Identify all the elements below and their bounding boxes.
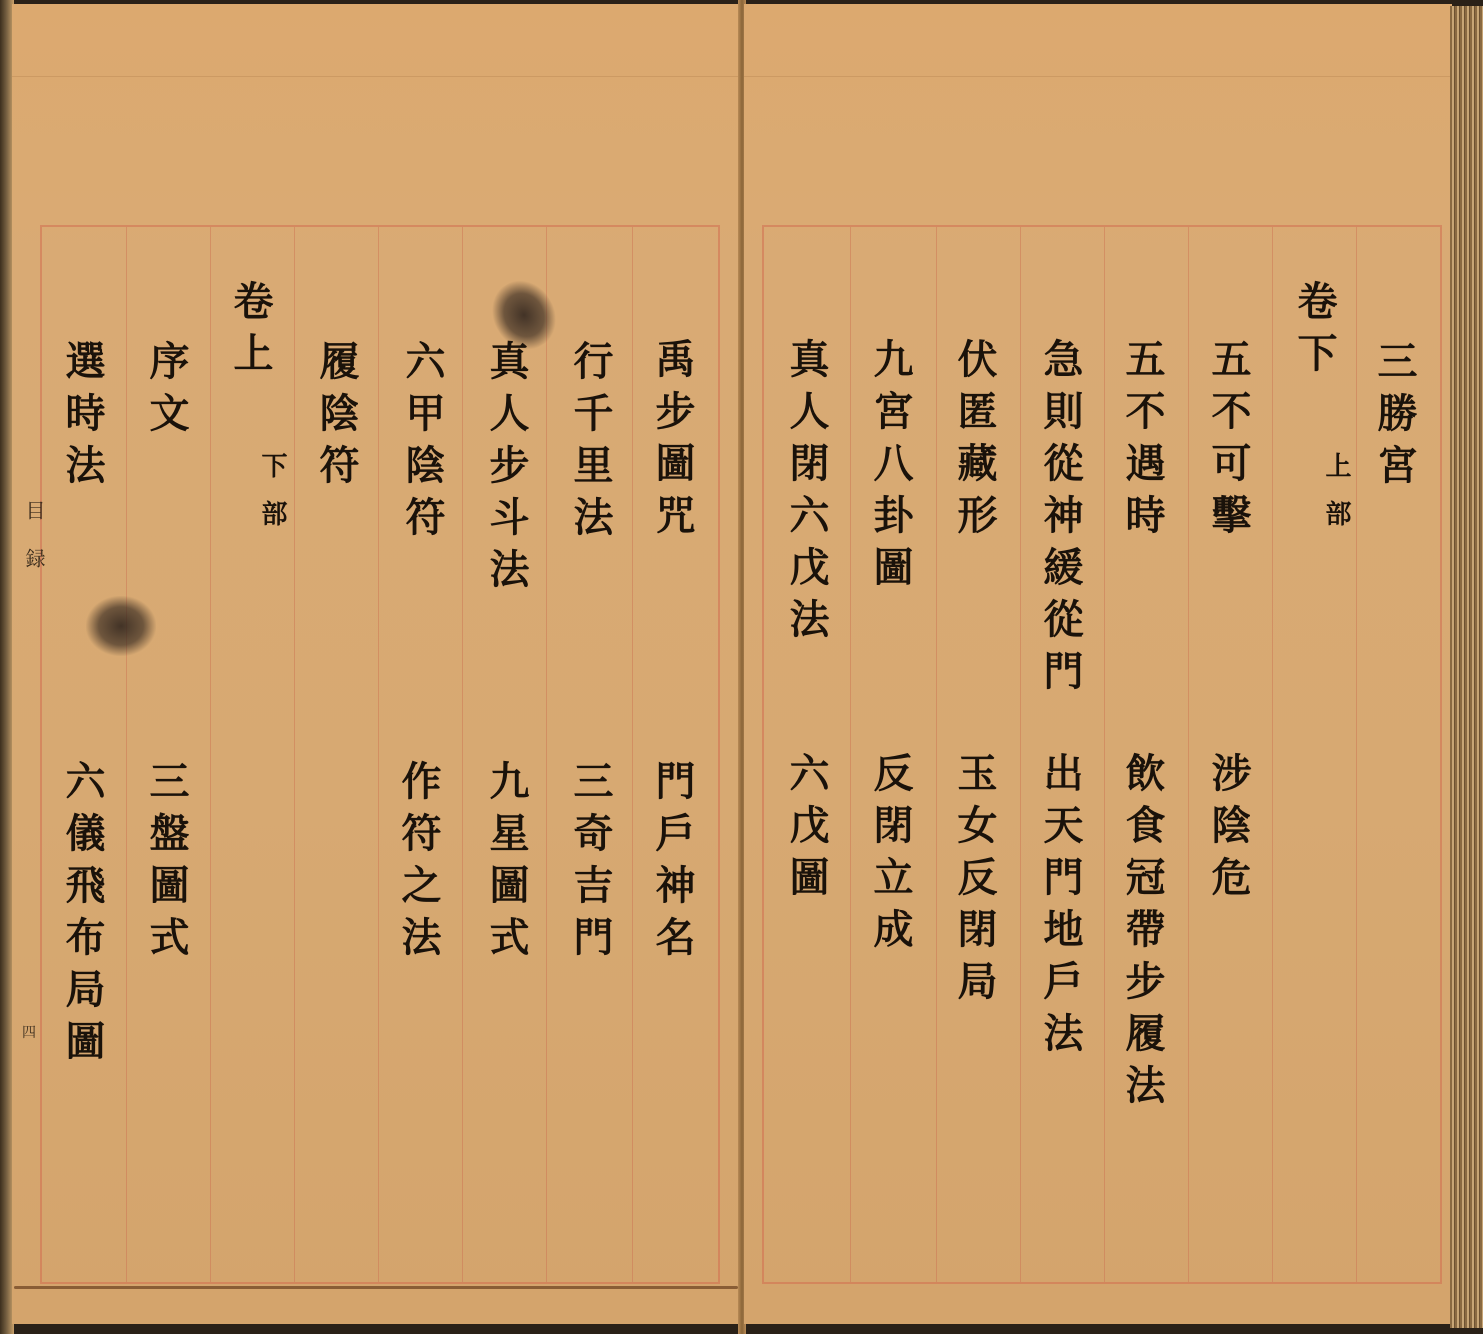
column-rule (632, 227, 633, 1282)
column-rule (546, 227, 547, 1282)
toc-entry: 履陰符 (312, 340, 360, 496)
toc-entry: 三奇吉門 (566, 760, 614, 968)
page-number: 四 (22, 1022, 36, 1042)
open-book: 目録 四 禹步圖咒 門戶神名 行千里法 三奇吉門 真人步斗法 九星圖式 六甲陰符… (0, 0, 1483, 1334)
toc-entry: 五不遇時 (1118, 338, 1166, 546)
toc-entry: 選時法 (58, 340, 106, 496)
column-rule (294, 227, 295, 1282)
toc-entry: 九星圖式 (482, 760, 530, 968)
toc-entry: 六戊圖 (782, 752, 830, 908)
column-rule (378, 227, 379, 1282)
page-fold (14, 1286, 738, 1289)
toc-entry: 飲食冠帶步履法 (1118, 752, 1166, 1116)
toc-entry: 急則從神緩從門 (1036, 338, 1084, 702)
toc-entry: 真人閉六戊法 (782, 338, 830, 650)
toc-entry: 涉陰危 (1204, 752, 1252, 908)
column-rule (210, 227, 211, 1282)
volume-heading: 卷下 (1290, 280, 1338, 384)
column-rule (1188, 227, 1189, 1282)
column-rule (462, 227, 463, 1282)
page-edges (1450, 6, 1483, 1328)
column-rule (1020, 227, 1021, 1282)
toc-entry: 三盤圖式 (142, 760, 190, 968)
section-label: 上部 (1312, 452, 1360, 548)
column-rule (126, 227, 127, 1282)
toc-entry: 六甲陰符 (398, 340, 446, 548)
column-rule (1104, 227, 1105, 1282)
toc-entry: 門戶神名 (648, 760, 696, 968)
toc-entry: 六儀飛布局圖 (58, 760, 106, 1072)
ink-stain (86, 596, 156, 656)
toc-entry: 行千里法 (566, 340, 614, 548)
right-page-frame (762, 225, 1442, 1284)
column-rule (936, 227, 937, 1282)
volume-heading: 卷上 (226, 280, 274, 384)
toc-entry: 反閉立成 (866, 752, 914, 960)
column-rule (1272, 227, 1273, 1282)
toc-entry: 玉女反閉局 (950, 752, 998, 1012)
toc-entry: 序文 (142, 340, 190, 444)
toc-entry: 出天門地戶法 (1036, 752, 1084, 1064)
toc-entry: 九宮八卦圖 (866, 338, 914, 598)
margin-label: 目録 (20, 500, 49, 596)
book-title: 三勝宮 (1370, 340, 1418, 496)
toc-entry: 作符之法 (394, 760, 442, 968)
toc-entry: 五不可擊 (1204, 338, 1252, 546)
toc-entry: 伏匿藏形 (950, 338, 998, 546)
section-label: 下部 (248, 452, 296, 548)
toc-entry: 禹步圖咒 (648, 338, 696, 546)
column-rule (1356, 227, 1357, 1282)
column-rule (850, 227, 851, 1282)
toc-entry: 真人步斗法 (482, 340, 530, 600)
